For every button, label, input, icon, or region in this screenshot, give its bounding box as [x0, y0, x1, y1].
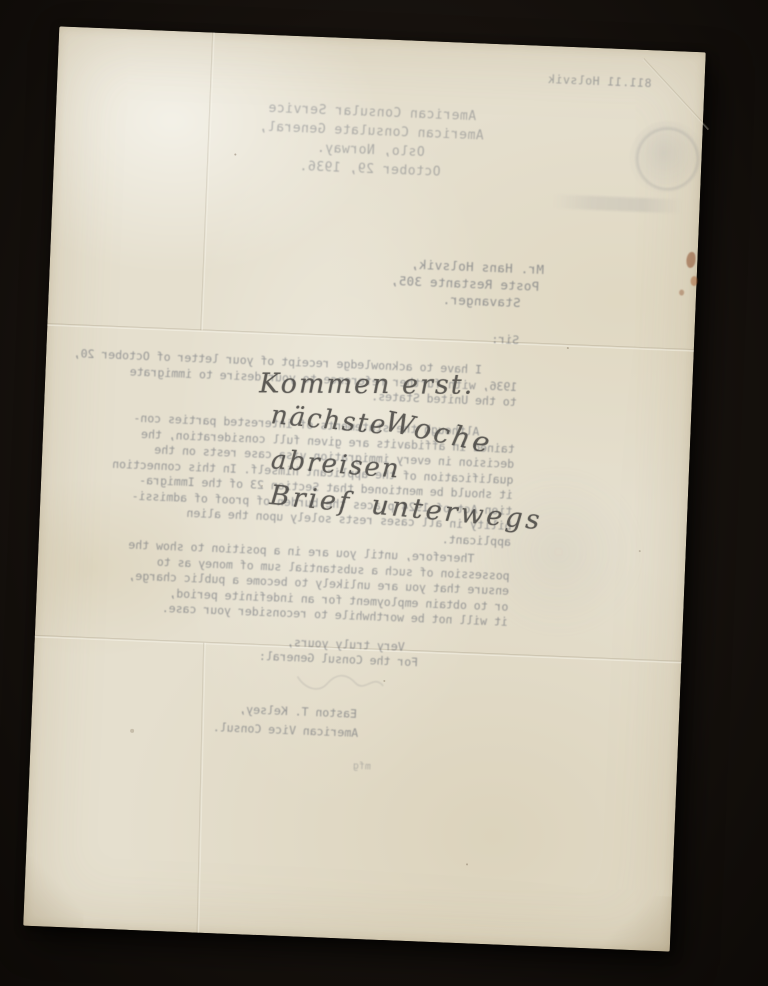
- signer-title: American Vice Consul.: [213, 720, 359, 741]
- corner-crease-top-right: [643, 58, 710, 130]
- rust-stain: [690, 276, 697, 286]
- typist-initials: mfg: [352, 759, 371, 775]
- rust-stain: [686, 252, 696, 268]
- rust-stain: [679, 289, 684, 295]
- paper-specks: [234, 154, 236, 156]
- signature-ink-icon: [295, 668, 386, 696]
- pencil-note-line-1: Kommen erst.: [259, 368, 474, 400]
- typed-line: Stavanger.: [400, 289, 521, 311]
- consular-seal-showthrough: [628, 119, 707, 198]
- paragraph-3: Therefore, until you are in a position t…: [106, 537, 511, 631]
- letterhead: American Consular ServiceAmerican Consul…: [250, 98, 493, 184]
- fold-crease-vertical-top: [200, 33, 215, 331]
- signer-name: Easton T. Kelsey,: [239, 702, 357, 722]
- stamp-smudge: [552, 194, 682, 213]
- letter-paper-verso: 811.11 Holsvik American Consular Service…: [23, 26, 706, 951]
- photo-background: 811.11 Holsvik American Consular Service…: [0, 0, 768, 986]
- corner-shadow-bottom-right: [600, 894, 672, 952]
- salutation: Sir:: [491, 332, 519, 349]
- recipient-address: Mr. Hans Holsvik,Poste Restante 305,Stav…: [400, 255, 544, 312]
- signature-squiggle: [295, 668, 386, 700]
- corner-shadow-bottom-left: [23, 856, 86, 928]
- file-mark: 811.11 Holsvik: [551, 72, 651, 90]
- file-mark-text: 811.11 Holsvik: [551, 72, 651, 90]
